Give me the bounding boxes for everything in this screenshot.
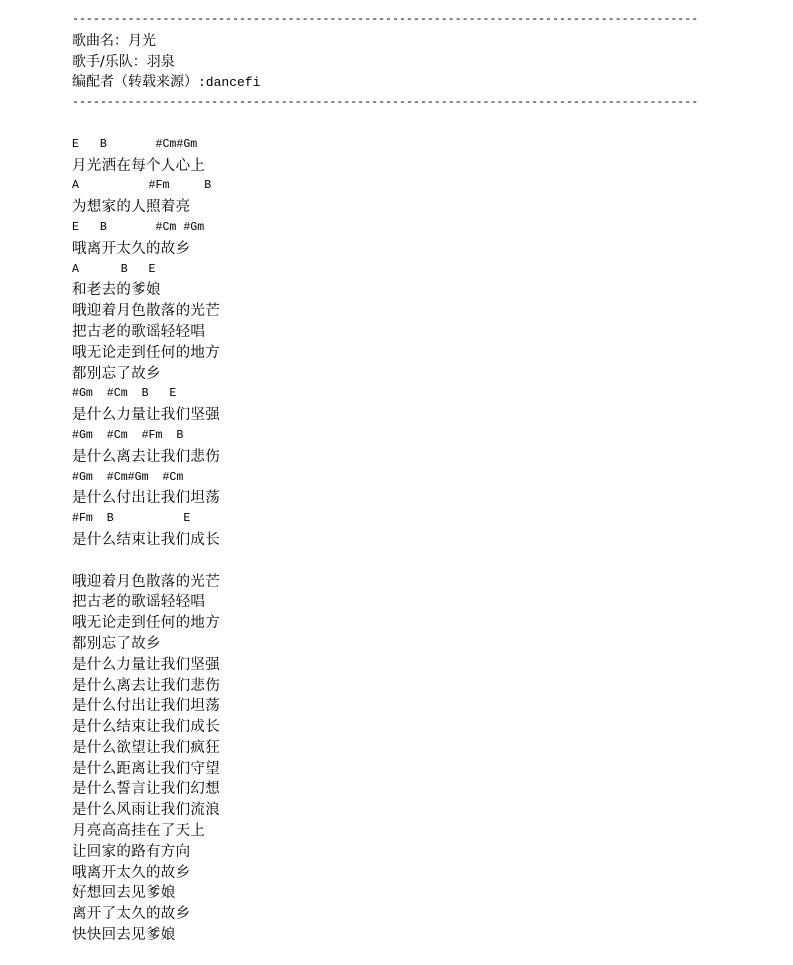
artist-label: 歌手/乐队：	[72, 54, 147, 70]
lyric-line: 和老去的爹娘	[72, 280, 698, 301]
lyric-line: 是什么结束让我们成长	[72, 717, 698, 738]
lyric-line: 是什么离去让我们悲伤	[72, 676, 698, 697]
spacer	[72, 114, 698, 135]
chord-line: E B #Cm#Gm	[72, 135, 698, 156]
lyric-line: 是什么付出让我们坦荡	[72, 696, 698, 717]
lyric-line: 把古老的歌谣轻轻唱	[72, 592, 698, 613]
chord-line: #Gm #Cm #Fm B	[72, 426, 698, 447]
lyric-line: 是什么付出让我们坦荡	[72, 488, 698, 509]
arranger-line: 编配者（转载来源）:dancefi	[72, 72, 698, 93]
chord-line: #Gm #Cm#Gm #Cm	[72, 468, 698, 489]
chord-line: A B E	[72, 260, 698, 281]
chord-line: E B #Cm #Gm	[72, 218, 698, 239]
lyric-line: 为想家的人照着亮	[72, 197, 698, 218]
header-rule-bottom: ----------------------------------------…	[72, 93, 698, 114]
lyric-line: 是什么风雨让我们流浪	[72, 800, 698, 821]
lyric-line: 是什么距离让我们守望	[72, 759, 698, 780]
lyric-line: 是什么力量让我们坚强	[72, 405, 698, 426]
lyric-line: 是什么力量让我们坚强	[72, 655, 698, 676]
header-rule-top: ----------------------------------------…	[72, 10, 698, 31]
lyric-line: 哦迎着月色散落的光芒	[72, 301, 698, 322]
lyric-line: 都别忘了故乡	[72, 364, 698, 385]
spacer	[72, 551, 698, 572]
lyric-line: 都别忘了故乡	[72, 634, 698, 655]
verse-section: E B #Cm#Gm月光洒在每个人心上A #Fm B为想家的人照着亮E B #C…	[72, 135, 698, 551]
song-title-line: 歌曲名：月光	[72, 31, 698, 52]
arranger-label: 编配者（转载来源）	[72, 74, 198, 90]
lyric-line: 是什么欲望让我们疯狂	[72, 738, 698, 759]
lyric-line: 哦无论走到任何的地方	[72, 343, 698, 364]
chord-line: A #Fm B	[72, 176, 698, 197]
lyric-line: 把古老的歌谣轻轻唱	[72, 322, 698, 343]
lyric-line: 好想回去见爹娘	[72, 883, 698, 904]
lyric-line: 月光洒在每个人心上	[72, 156, 698, 177]
lyric-line: 哦无论走到任何的地方	[72, 613, 698, 634]
lyric-line: 离开了太久的故乡	[72, 904, 698, 925]
song-title: 月光	[128, 33, 156, 49]
chorus-section: 哦迎着月色散落的光芒把古老的歌谣轻轻唱哦无论走到任何的地方都别忘了故乡是什么力量…	[72, 572, 698, 946]
arranger-name: :dancefi	[198, 75, 260, 90]
lyric-line: 快快回去见爹娘	[72, 925, 698, 946]
lyric-line: 是什么誓言让我们幻想	[72, 779, 698, 800]
song-title-label: 歌曲名：	[72, 33, 128, 49]
artist-name: 羽泉	[147, 54, 175, 70]
artist-line: 歌手/乐队：羽泉	[72, 52, 698, 73]
lyric-line: 哦离开太久的故乡	[72, 239, 698, 260]
song-sheet: ----------------------------------------…	[72, 10, 698, 946]
lyric-line: 让回家的路有方向	[72, 842, 698, 863]
lyric-line: 是什么离去让我们悲伤	[72, 447, 698, 468]
lyric-line: 哦迎着月色散落的光芒	[72, 572, 698, 593]
lyric-line: 哦离开太久的故乡	[72, 863, 698, 884]
chord-line: #Fm B E	[72, 509, 698, 530]
lyric-line: 月亮高高挂在了天上	[72, 821, 698, 842]
chord-line: #Gm #Cm B E	[72, 384, 698, 405]
lyric-line: 是什么结束让我们成长	[72, 530, 698, 551]
